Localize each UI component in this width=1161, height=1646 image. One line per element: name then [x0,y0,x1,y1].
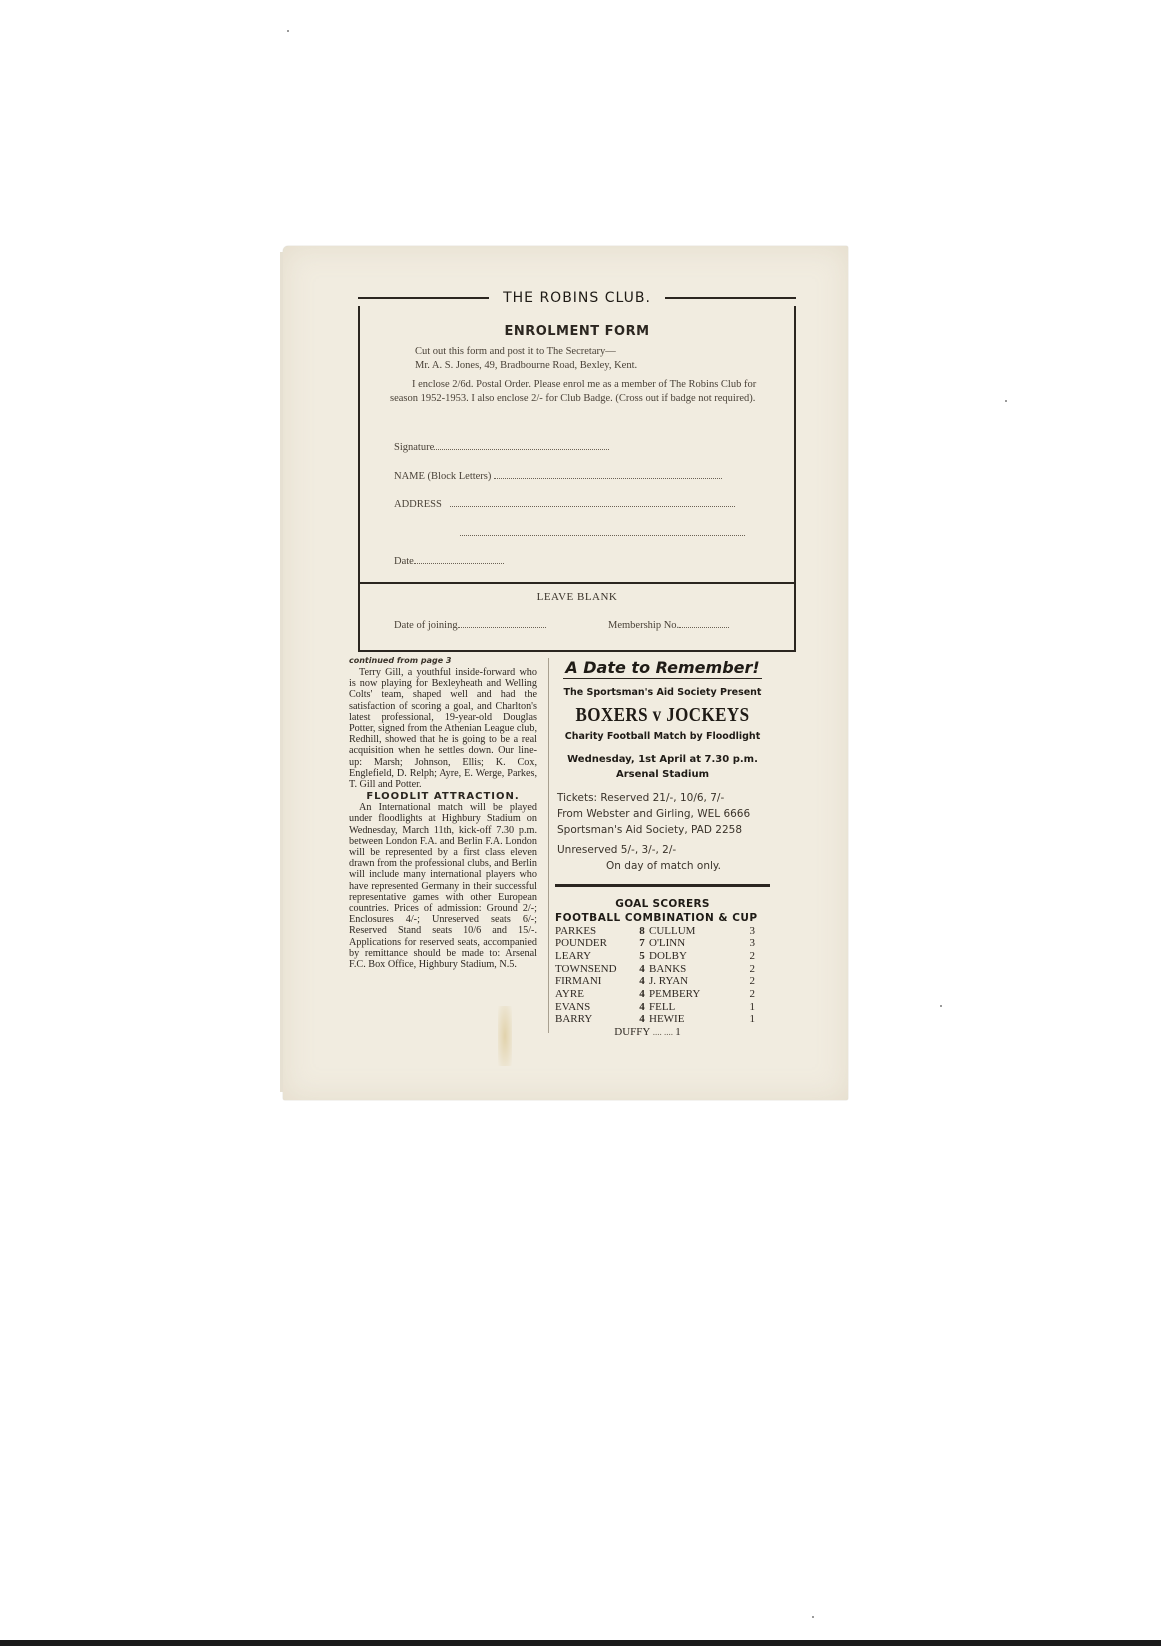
right-scorer-goals: 2 [741,988,755,1001]
article-paragraph-2: An International match will be played un… [349,802,537,970]
tickets-day-note: On day of match only. [557,858,770,874]
advert-venue: Arsenal Stadium [555,767,770,782]
title-rule-left [358,297,489,299]
right-scorer-name: PEMBERY [649,988,741,1001]
advert-divider [555,884,770,887]
membership-no-field: Membership No. [608,618,729,631]
right-scorer-name: O'LINN [649,937,741,950]
article-subheading: FLOODLIT ATTRACTION. [349,791,537,802]
membership-no-label: Membership No. [608,620,679,631]
advert-tickets: Tickets: Reserved 21/-, 10/6, 7/- From W… [555,790,770,874]
membership-no-line [679,618,729,628]
name-line [494,469,722,479]
advert-presenter: The Sportsman's Aid Society Present [555,687,770,698]
article-paragraph-1: Terry Gill, a youthful inside-forward wh… [349,667,537,790]
goal-scorers-table: PARKES8CULLUM3POUNDER7O'LINN3LEARY5DOLBY… [555,925,770,1027]
left-scorer-goals: 7 [635,937,649,950]
tickets-line: Tickets: Reserved 21/-, 10/6, 7/- [557,790,770,806]
column-divider [548,658,549,1033]
article-column: continued from page 3 Terry Gill, a yout… [349,656,537,970]
programme-page: THE ROBINS CLUB. ENROLMENT FORM Cut out … [283,246,848,1100]
right-scorer-goals: 2 [741,950,755,963]
scan-speck [1005,400,1007,402]
title-rule-right [665,297,796,299]
advert-headline: BOXERS v JOCKEYS [571,704,754,727]
club-title: THE ROBINS CLUB. [358,290,796,306]
advert-subtitle: Charity Football Match by Floodlight [555,731,770,742]
left-scorer-goals: 4 [635,1013,649,1026]
left-scorer-goals: 4 [635,963,649,976]
address-field[interactable]: ADDRESS [394,497,735,510]
date-of-joining-line [458,618,546,628]
right-scorer-goals: 1 [741,1013,755,1026]
date-field[interactable]: Date [394,554,504,567]
final-scorer-goals: 1 [675,1026,681,1038]
paper-stain [498,1006,512,1066]
address-label: ADDRESS [394,499,442,510]
name-label: NAME (Block Letters) [394,471,491,482]
advert-title: A Date to Remember! [563,658,761,679]
left-scorer-goals: 4 [635,975,649,988]
left-scorer-name: AYRE [555,988,635,1001]
advert-column: A Date to Remember! The Sportsman's Aid … [555,656,770,1038]
right-scorer-name: CULLUM [649,925,741,938]
scan-speck [940,1005,942,1007]
enrolment-form: ENROLMENT FORM Cut out this form and pos… [358,306,796,652]
right-scorer-goals: 1 [741,1001,755,1014]
right-scorer-name: HEWIE [649,1013,741,1026]
tickets-from-1: From Webster and Girling, WEL 6666 [557,806,770,822]
left-scorer-name: FIRMANI [555,975,635,988]
left-scorer-goals: 5 [635,950,649,963]
continued-note: continued from page 3 [349,656,537,665]
left-scorer-goals: 4 [635,1001,649,1014]
left-scorer-name: LEARY [555,950,635,963]
goal-scorers-title: GOAL SCORERS [555,898,770,910]
address-line-1 [450,497,735,507]
left-scorer-name: BARRY [555,1013,635,1026]
left-scorer-name: TOWNSEND [555,963,635,976]
goal-scorers-subtitle: FOOTBALL COMBINATION & CUP [555,912,770,924]
date-line [414,554,504,564]
scan-edge-band [0,1640,1161,1646]
leave-blank-divider [360,582,794,584]
right-scorer-goals: 2 [741,975,755,988]
left-scorer-name: PARKES [555,925,635,938]
instructions-line-2: Mr. A. S. Jones, 49, Bradbourne Road, Be… [415,360,637,371]
left-scorer-goals: 4 [635,988,649,1001]
right-scorer-goals: 2 [741,963,755,976]
scan-speck [287,30,289,32]
signature-field[interactable]: Signature [394,440,609,453]
right-scorer-name: FELL [649,1001,741,1014]
signature-line [434,440,609,450]
address-field-2[interactable] [460,526,745,539]
leave-blank-heading: LEAVE BLANK [360,591,794,603]
left-scorer-name: POUNDER [555,937,635,950]
date-label: Date [394,556,414,567]
advert-when: Wednesday, 1st April at 7.30 p.m. Arsena… [555,752,770,782]
left-scorer-goals: 8 [635,925,649,938]
right-scorer-name: J. RYAN [649,975,741,988]
signature-label: Signature [394,442,434,453]
instructions-line-1: Cut out this form and post it to The Sec… [415,346,616,357]
goal-scorers-final: DUFFY .... .... 1 [555,1026,770,1038]
right-scorer-name: BANKS [649,963,741,976]
tickets-unreserved: Unreserved 5/-, 3/-, 2/- [557,842,770,858]
right-scorer-goals: 3 [741,925,755,938]
date-of-joining-field: Date of joining [394,618,546,631]
name-field[interactable]: NAME (Block Letters) [394,469,722,482]
right-scorer-goals: 3 [741,937,755,950]
final-scorer-name: DUFFY [614,1026,650,1038]
address-line-2 [460,526,745,536]
tickets-from-2: Sportsman's Aid Society, PAD 2258 [557,822,770,838]
date-of-joining-label: Date of joining [394,620,458,631]
enclose-text: I enclose 2/6d. Postal Order. Please enr… [390,378,760,406]
advert-datetime: Wednesday, 1st April at 7.30 p.m. [555,752,770,767]
form-title: ENROLMENT FORM [360,324,794,339]
right-scorer-name: DOLBY [649,950,741,963]
club-title-text: THE ROBINS CLUB. [489,290,665,306]
scan-speck [812,1616,814,1618]
left-scorer-name: EVANS [555,1001,635,1014]
